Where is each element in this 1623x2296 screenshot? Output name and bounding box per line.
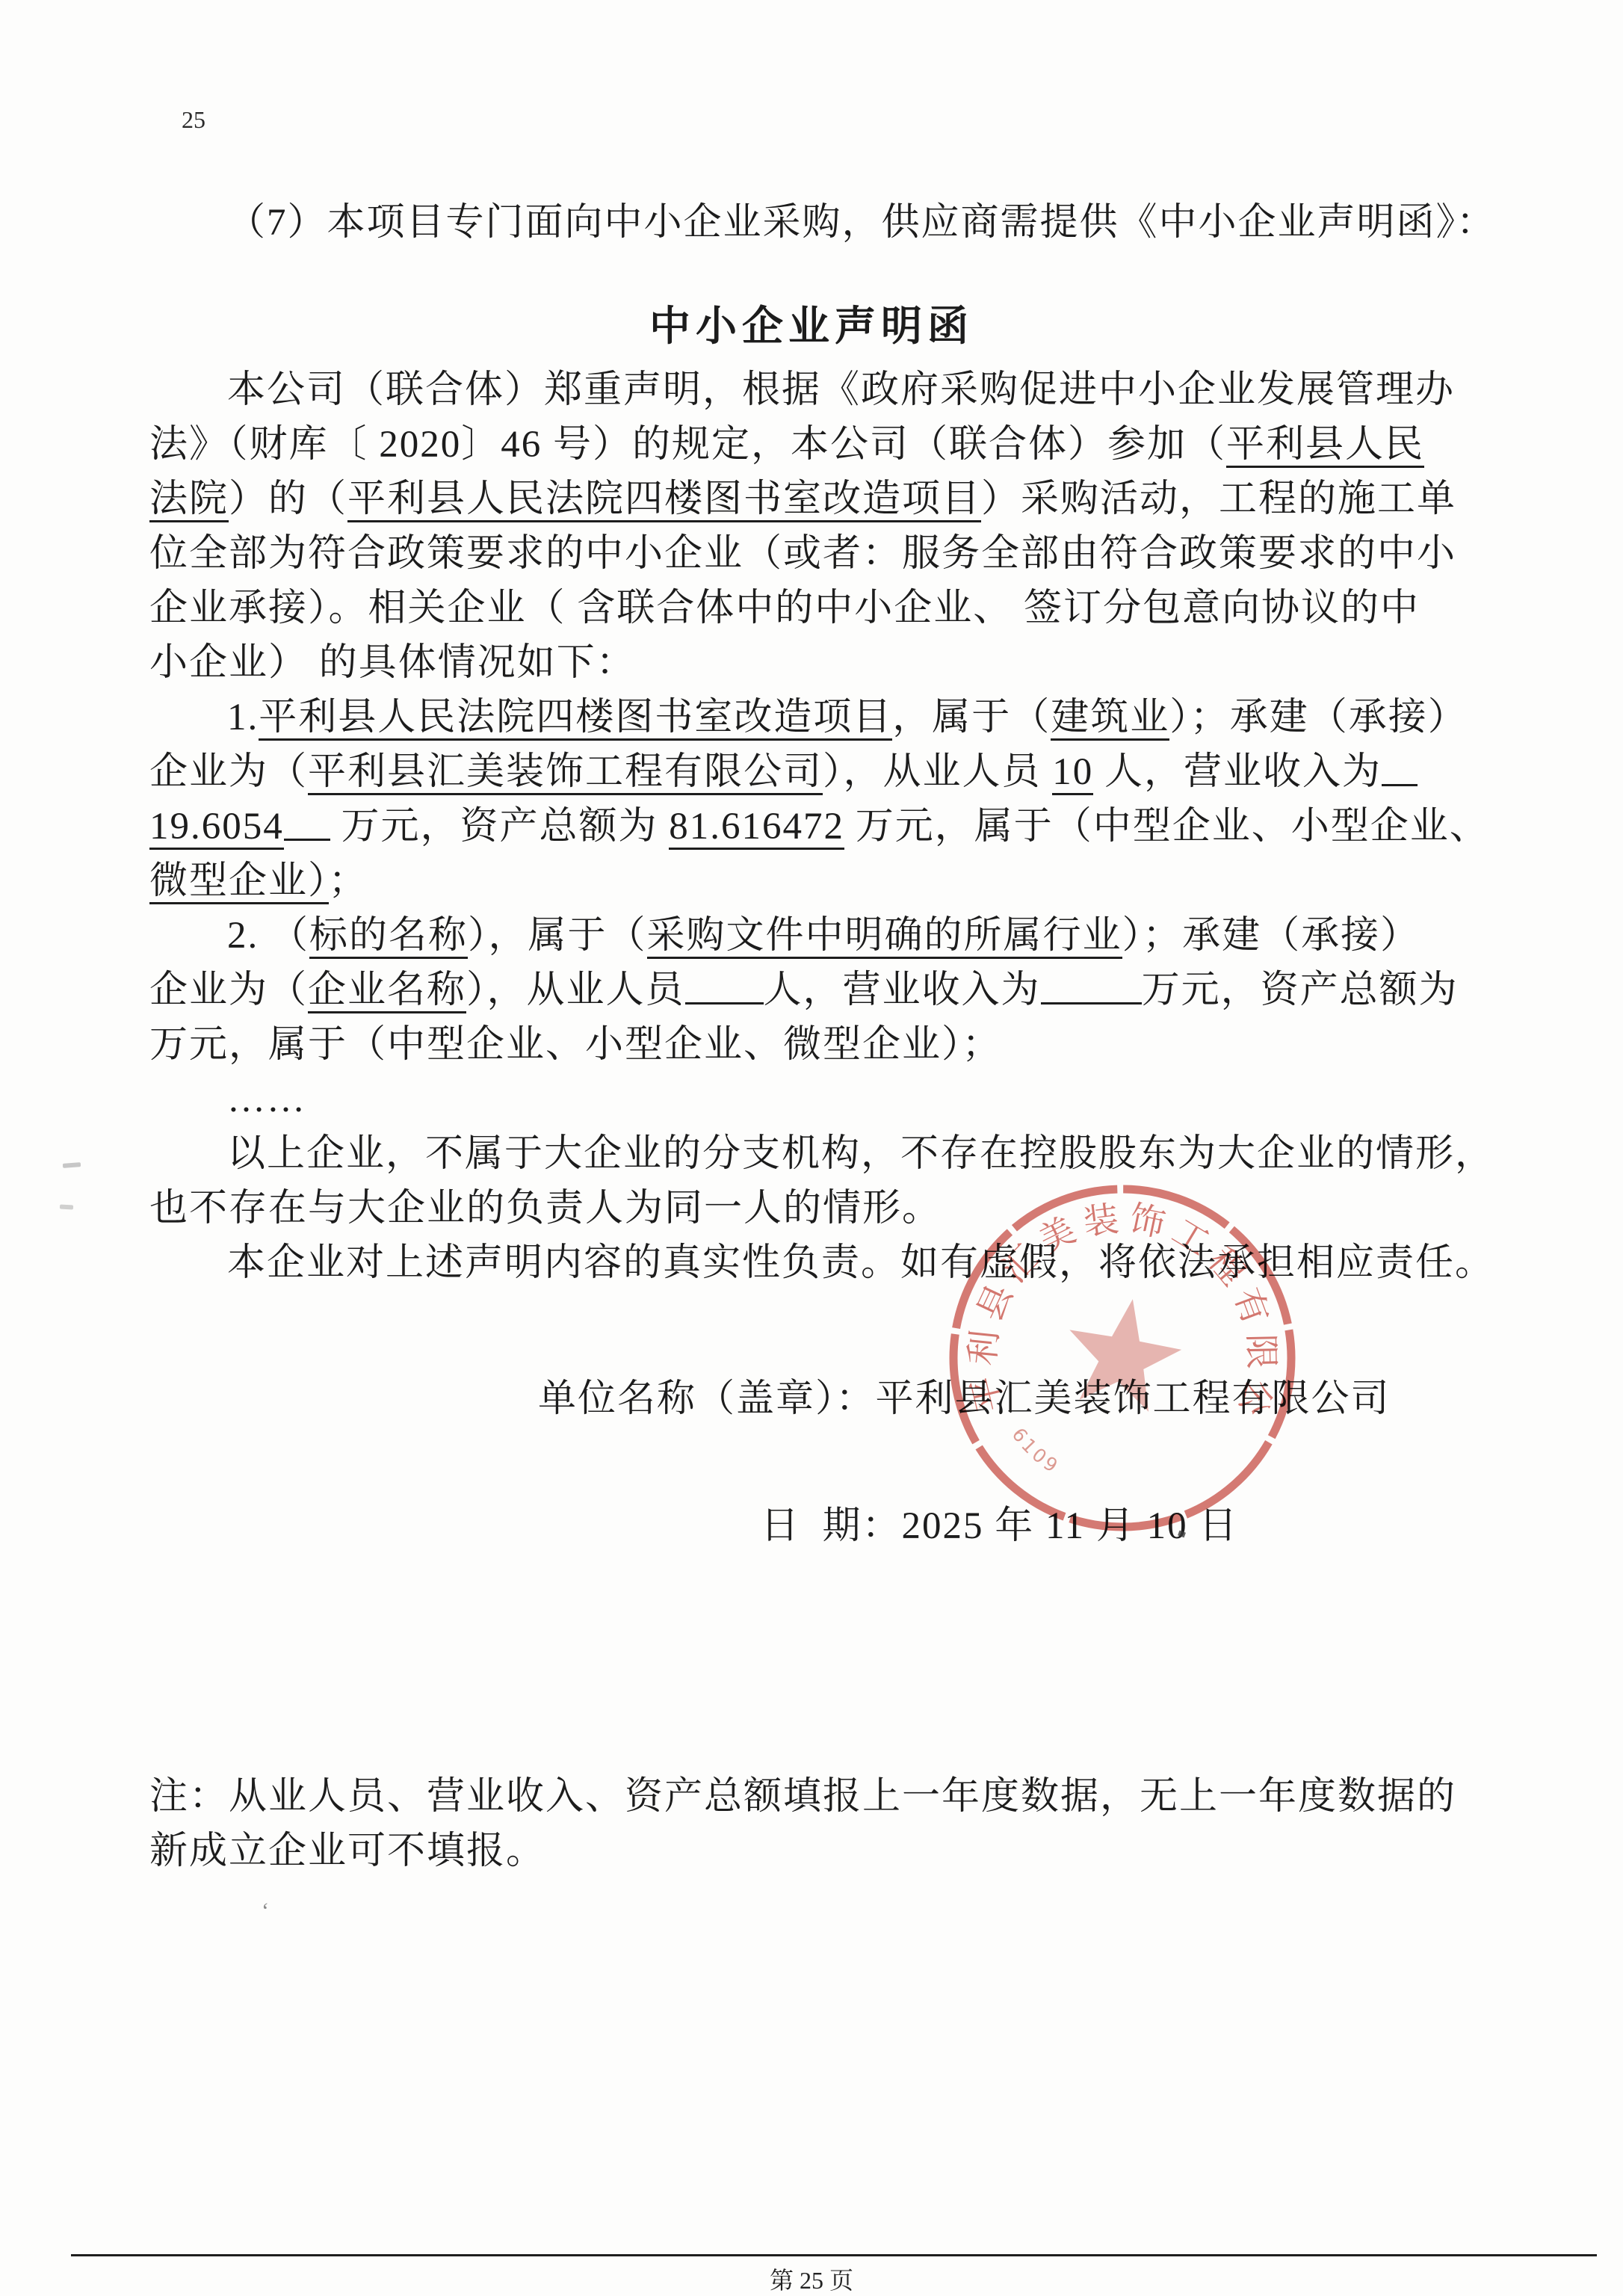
underlined-text: 10: [1052, 751, 1093, 795]
text-segment: 本公司（联合体）郑重声明，根据《政府采购促进中小企业发展管理办: [227, 369, 1455, 411]
scan-artifact-dash: [63, 1162, 81, 1168]
underlined-text: 采购文件中明确的所属行业: [647, 915, 1122, 959]
text-line: 万元，属于（中型企业、小型企业、微型企业）；: [149, 1018, 1487, 1073]
text-line: 微型企业）；: [149, 854, 1487, 909]
declaration-body: 本公司（联合体）郑重声明，根据《政府采购促进中小企业发展管理办法》（财库〔 20…: [149, 363, 1487, 1291]
text-segment: 企业为（: [149, 751, 308, 793]
text-segment: 位全部为符合政策要求的中小企业（或者：服务全部由符合政策要求的中小: [149, 533, 1456, 575]
page-corner-number: 25: [182, 106, 205, 134]
underlined-text: 平利县人民法院四楼图书室改造项目: [259, 697, 892, 741]
underlined-text: 平利县人民法院四楼图书室改造项目: [347, 478, 981, 522]
text-line: 企业为（企业名称），从业人员 人，营业收入为 万元，资产总额为: [149, 963, 1487, 1018]
underlined-text: 19.6054: [149, 806, 284, 850]
text-segment: 2. （: [227, 915, 309, 957]
intro-paragraph: （7）本项目专门面向中小企业采购，供应商需提供《中小企业声明函》：: [149, 196, 1551, 250]
text-line: 法》（财库〔 2020〕46 号）的规定，本公司（联合体）参加（平利县人民: [149, 418, 1487, 472]
underlined-text: 法院: [149, 478, 229, 522]
text-line: 1.平利县人民法院四楼图书室改造项目，属于（建筑业）；承建（承接）: [149, 691, 1487, 745]
text-segment: 本企业对上述声明内容的真实性负责。如有虚假，将依法承担相应责任。: [227, 1242, 1494, 1284]
underlined-text: 平利县人民: [1226, 424, 1424, 468]
text-segment: 注：从业人员、营业收入、资产总额填报上一年度数据，无上一年度数据的: [149, 1776, 1456, 1818]
text-line: ……: [149, 1073, 1487, 1127]
underlined-text: 标的名称: [309, 915, 468, 959]
seal-star-icon: [1069, 1299, 1181, 1412]
text-segment: ）；承建（承接）: [1122, 915, 1420, 957]
text-line: 企业承接）。相关企业（ 含联合体中的中小企业、 签订分包意向协议的中: [149, 581, 1487, 636]
text-segment: ）；承建（承接）: [1169, 697, 1468, 738]
text-line: 小企业） 的具体情况如下：: [149, 636, 1487, 691]
footer-page-label: 第 25 页: [0, 2262, 1623, 2296]
blank-underline: [284, 800, 330, 841]
text-segment: ，属于（: [892, 697, 1051, 738]
underlined-text: 企业名称: [308, 969, 466, 1013]
scan-artifact-mark: ‘: [262, 1898, 269, 1924]
underlined-text: 81.616472: [669, 806, 844, 850]
text-segment: 企业承接）。相关企业（ 含联合体中的中小企业、 签订分包意向协议的中: [149, 587, 1420, 629]
underlined-text: 建筑业: [1051, 697, 1169, 741]
underlined-text: 平利县汇美装饰工程有限公司: [308, 751, 823, 795]
footer-divider: [71, 2254, 1597, 2256]
text-segment: ），从业人员: [466, 969, 685, 1011]
text-line: 以上企业，不属于大企业的分支机构，不存在控股股东为大企业的情形，: [149, 1127, 1487, 1182]
blank-underline: [1041, 963, 1142, 1004]
document-title: 中小企业声明函: [0, 300, 1623, 353]
text-segment: ……: [227, 1078, 306, 1120]
text-segment: 万元，资产总额为: [330, 806, 670, 848]
scan-artifact-dash: [60, 1205, 73, 1210]
blank-underline: [1382, 745, 1418, 786]
seal-code-digits: 6109: [1007, 1424, 1063, 1478]
text-segment: 万元，属于（中型企业、小型企业、: [844, 806, 1489, 848]
text-line: 新成立企业可不填报。: [149, 1824, 1487, 1879]
text-segment: 以上企业，不属于大企业的分支机构，不存在控股股东为大企业的情形，: [227, 1133, 1494, 1175]
text-segment: ；: [329, 860, 368, 902]
text-segment: 法》（财库〔 2020〕46 号）的规定，本公司（联合体）参加（: [149, 424, 1226, 466]
text-segment: 人，营业收入为: [1093, 751, 1382, 793]
blank-underline: [685, 963, 764, 1004]
text-line: 注：从业人员、营业收入、资产总额填报上一年度数据，无上一年度数据的: [149, 1770, 1487, 1824]
text-line: 本公司（联合体）郑重声明，根据《政府采购促进中小企业发展管理办: [149, 363, 1487, 418]
text-segment: 人，营业收入为: [764, 969, 1041, 1011]
text-segment: 企业为（: [149, 969, 308, 1011]
text-segment: 小企业） 的具体情况如下：: [149, 642, 636, 684]
text-segment: 1.: [227, 697, 259, 738]
scanned-document-page: { "page": { "corner_number": "25", "foot…: [0, 0, 1623, 2296]
seal-company-text: 平利县汇美装饰工程有限公司: [943, 1179, 1281, 1428]
text-segment: ），属于（: [468, 915, 647, 957]
text-segment: ）的（: [229, 478, 347, 520]
text-segment: 万元，资产总额为: [1142, 969, 1459, 1011]
underlined-text: 微型企业）: [149, 860, 329, 904]
text-line: 法院）的（平利县人民法院四楼图书室改造项目）采购活动，工程的施工单: [149, 472, 1487, 527]
text-segment: ），从业人员: [823, 751, 1052, 793]
footnote: 注：从业人员、营业收入、资产总额填报上一年度数据，无上一年度数据的新成立企业可不…: [149, 1770, 1487, 1879]
company-seal-stamp: 平利县汇美装饰工程有限公司 6109: [943, 1179, 1302, 1537]
text-line: 企业为（平利县汇美装饰工程有限公司），从业人员 10 人，营业收入为: [149, 745, 1487, 800]
text-line: 位全部为符合政策要求的中小企业（或者：服务全部由符合政策要求的中小: [149, 527, 1487, 581]
text-segment: ）采购活动，工程的施工单: [981, 478, 1456, 520]
text-segment: 万元，属于（中型企业、小型企业、微型企业）；: [149, 1024, 1002, 1066]
text-segment: 新成立企业可不填报。: [149, 1830, 545, 1872]
text-line: 2. （标的名称），属于（采购文件中明确的所属行业）；承建（承接）: [149, 909, 1487, 963]
text-line: 19.6054 万元，资产总额为 81.616472 万元，属于（中型企业、小型…: [149, 800, 1487, 854]
text-segment: 也不存在与大企业的负责人为同一人的情形。: [149, 1188, 942, 1229]
